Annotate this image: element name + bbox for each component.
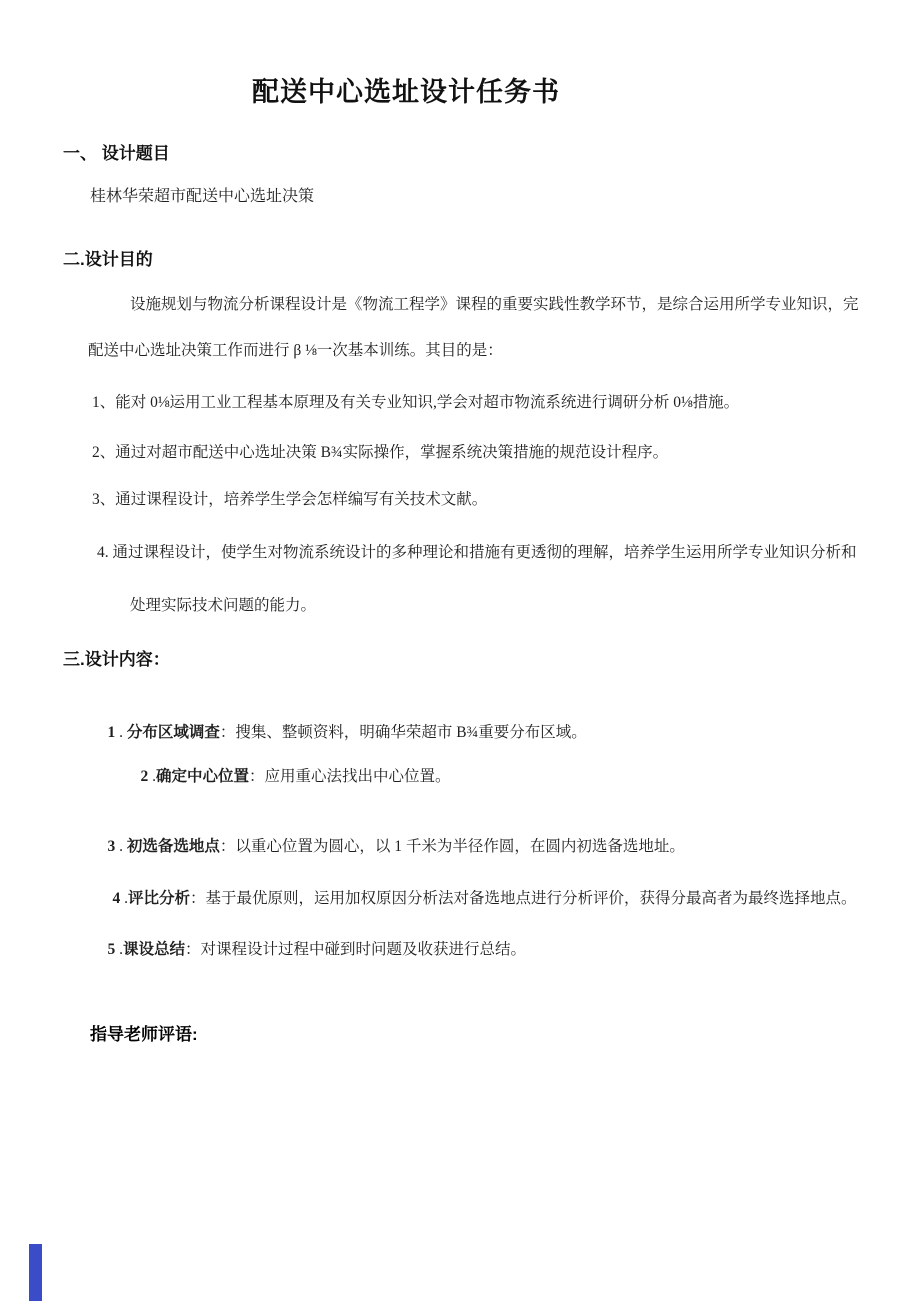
teacher-comment-label: 指导老师评语: <box>90 1020 198 1045</box>
item-label: 确定中心位置 <box>156 768 249 785</box>
content-item-2: 2 .确定中心位置：应用重心法找出中心位置。 <box>125 749 451 805</box>
section2-intro-line2: 配送中心选址决策工作而进行 β ⅛一次基本训练。其目的是： <box>88 342 503 361</box>
section2-intro-line1: 设施规划与物流分析课程设计是《物流工程学》课程的重要实践性教学环节，是综合运用所… <box>130 296 859 315</box>
item-separator: . <box>120 890 128 907</box>
item-separator: . <box>115 941 123 958</box>
item-text: ：以重心位置为圆心，以 1 千米为半径作圆，在圆内初选备选地址。 <box>220 838 685 855</box>
content-item-3: 3 . 初选备选地点：以重心位置为圆心，以 1 千米为半径作圆，在圆内初选备选地… <box>92 819 685 875</box>
section2-goal-4-line1: 4. 通过课程设计，使学生对物流系统设计的多种理论和措施有更透彻的理解，培养学生… <box>97 544 857 563</box>
section2-heading: 二.设计目的 <box>63 245 153 270</box>
item-text: ：基于最优原则，运用加权原因分析法对备选地点进行分析评价，获得分最高者为最终选择… <box>190 890 857 907</box>
item-separator: . <box>115 838 127 855</box>
content-item-5: 5 .课设总结：对课程设计过程中碰到时问题及收获进行总结。 <box>92 922 526 978</box>
section1-body: 桂林华荣超市配送中心选址决策 <box>90 187 314 206</box>
item-separator: . <box>148 768 156 785</box>
item-label: 分布区域调查 <box>127 724 220 741</box>
item-separator: . <box>115 724 127 741</box>
section2-goal-2: 2、通过对超市配送中心选址决策 B¾实际操作，掌握系统决策措施的规范设计程序。 <box>92 444 668 463</box>
item-label: 初选备选地点 <box>127 838 220 855</box>
section2-goal-4-line2: 处理实际技术问题的能力。 <box>130 597 316 616</box>
document-page: 配送中心选址设计任务书 一、 设计题目 桂林华荣超市配送中心选址决策 二.设计目… <box>0 0 920 1301</box>
content-item-4: 4 .评比分析：基于最优原则，运用加权原因分析法对备选地点进行分析评价，获得分最… <box>97 871 857 927</box>
section1-heading: 一、 设计题目 <box>63 139 170 164</box>
section2-goal-1: 1、能对 0⅛运用工业工程基本原理及有关专业知识,学会对超市物流系统进行调研分析… <box>92 394 739 413</box>
item-text: ：对课程设计过程中碰到时问题及收获进行总结。 <box>185 941 526 958</box>
document-title: 配送中心选址设计任务书 <box>0 70 812 109</box>
item-label: 评比分析 <box>128 890 190 907</box>
section3-heading: 三.设计内容： <box>63 645 170 670</box>
item-label: 课设总结 <box>123 941 185 958</box>
item-text: ：搜集、整顿资料，明确华荣超市 B¾重要分布区域。 <box>220 724 587 741</box>
section2-goal-3: 3、通过课程设计，培养学生学会怎样编写有关技术文献。 <box>92 491 487 510</box>
item-text: ：应用重心法找出中心位置。 <box>249 768 451 785</box>
scroll-indicator <box>29 1244 42 1301</box>
